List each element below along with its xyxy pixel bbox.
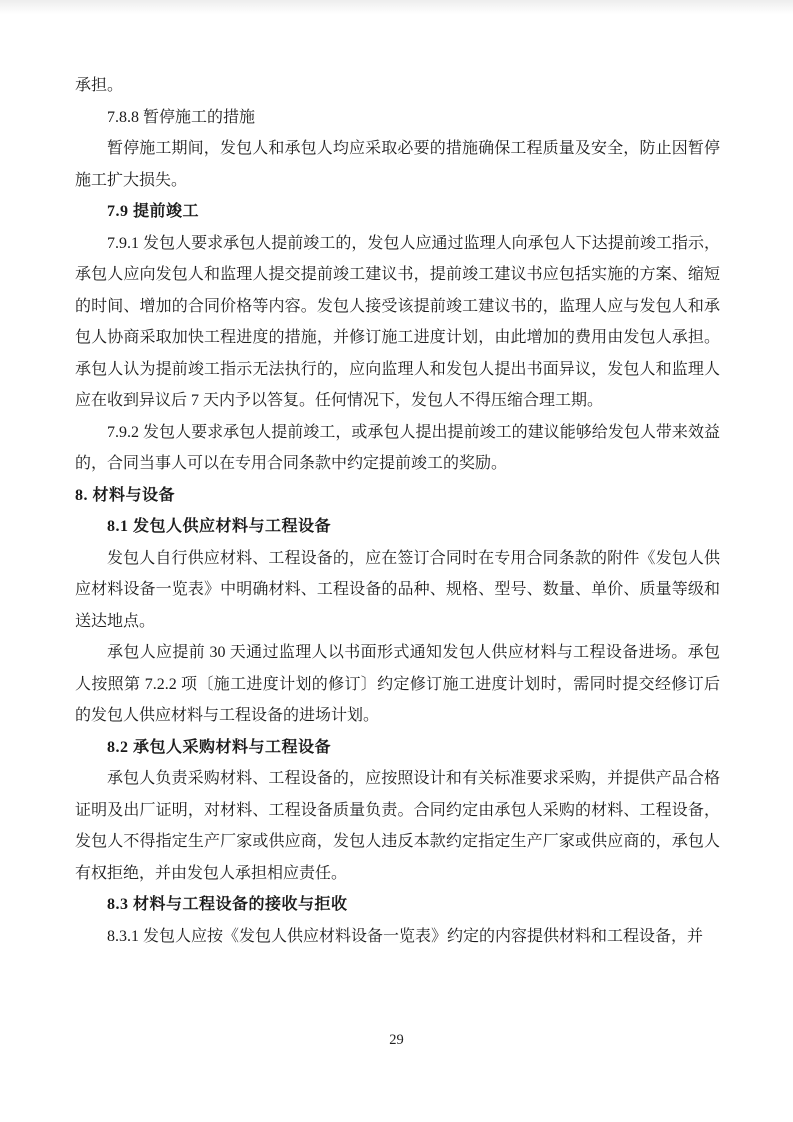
section-7-9-heading: 7.9 提前竣工 [75, 196, 720, 228]
paragraph-continuation: 承担。 [75, 70, 720, 102]
document-page: 承担。 7.8.8 暂停施工的措施 暂停施工期间，发包人和承包人均应采取必要的措… [0, 0, 793, 1122]
section-8-1-heading: 8.1 发包人供应材料与工程设备 [75, 511, 720, 543]
page-number: 29 [0, 1030, 793, 1050]
section-8-1-paragraph-1: 发包人自行供应材料、工程设备的，应在签订合同时在专用合同条款的附件《发包人供应材… [75, 543, 720, 638]
clause-7-8-8-body: 暂停施工期间，发包人和承包人均应采取必要的措施确保工程质量及安全，防止因暂停施工… [75, 133, 720, 196]
clause-7-9-2-body: 7.9.2 发包人要求承包人提前竣工，或承包人提出提前竣工的建议能够给发包人带来… [75, 417, 720, 480]
document-body: 承担。 7.8.8 暂停施工的措施 暂停施工期间，发包人和承包人均应采取必要的措… [75, 70, 720, 952]
section-8-2-paragraph-1: 承包人负责采购材料、工程设备的，应按照设计和有关标准要求采购，并提供产品合格证明… [75, 763, 720, 889]
clause-8-3-1-body: 8.3.1 发包人应按《发包人供应材料设备一览表》约定的内容提供材料和工程设备，… [75, 921, 720, 953]
clause-7-9-1-body: 7.9.1 发包人要求承包人提前竣工的，发包人应通过监理人向承包人下达提前竣工指… [75, 228, 720, 417]
chapter-8-heading: 8. 材料与设备 [75, 480, 720, 512]
clause-7-8-8-title: 7.8.8 暂停施工的措施 [75, 102, 720, 134]
section-8-3-heading: 8.3 材料与工程设备的接收与拒收 [75, 889, 720, 921]
section-8-2-heading: 8.2 承包人采购材料与工程设备 [75, 732, 720, 764]
section-8-1-paragraph-2: 承包人应提前 30 天通过监理人以书面形式通知发包人供应材料与工程设备进场。承包… [75, 637, 720, 732]
